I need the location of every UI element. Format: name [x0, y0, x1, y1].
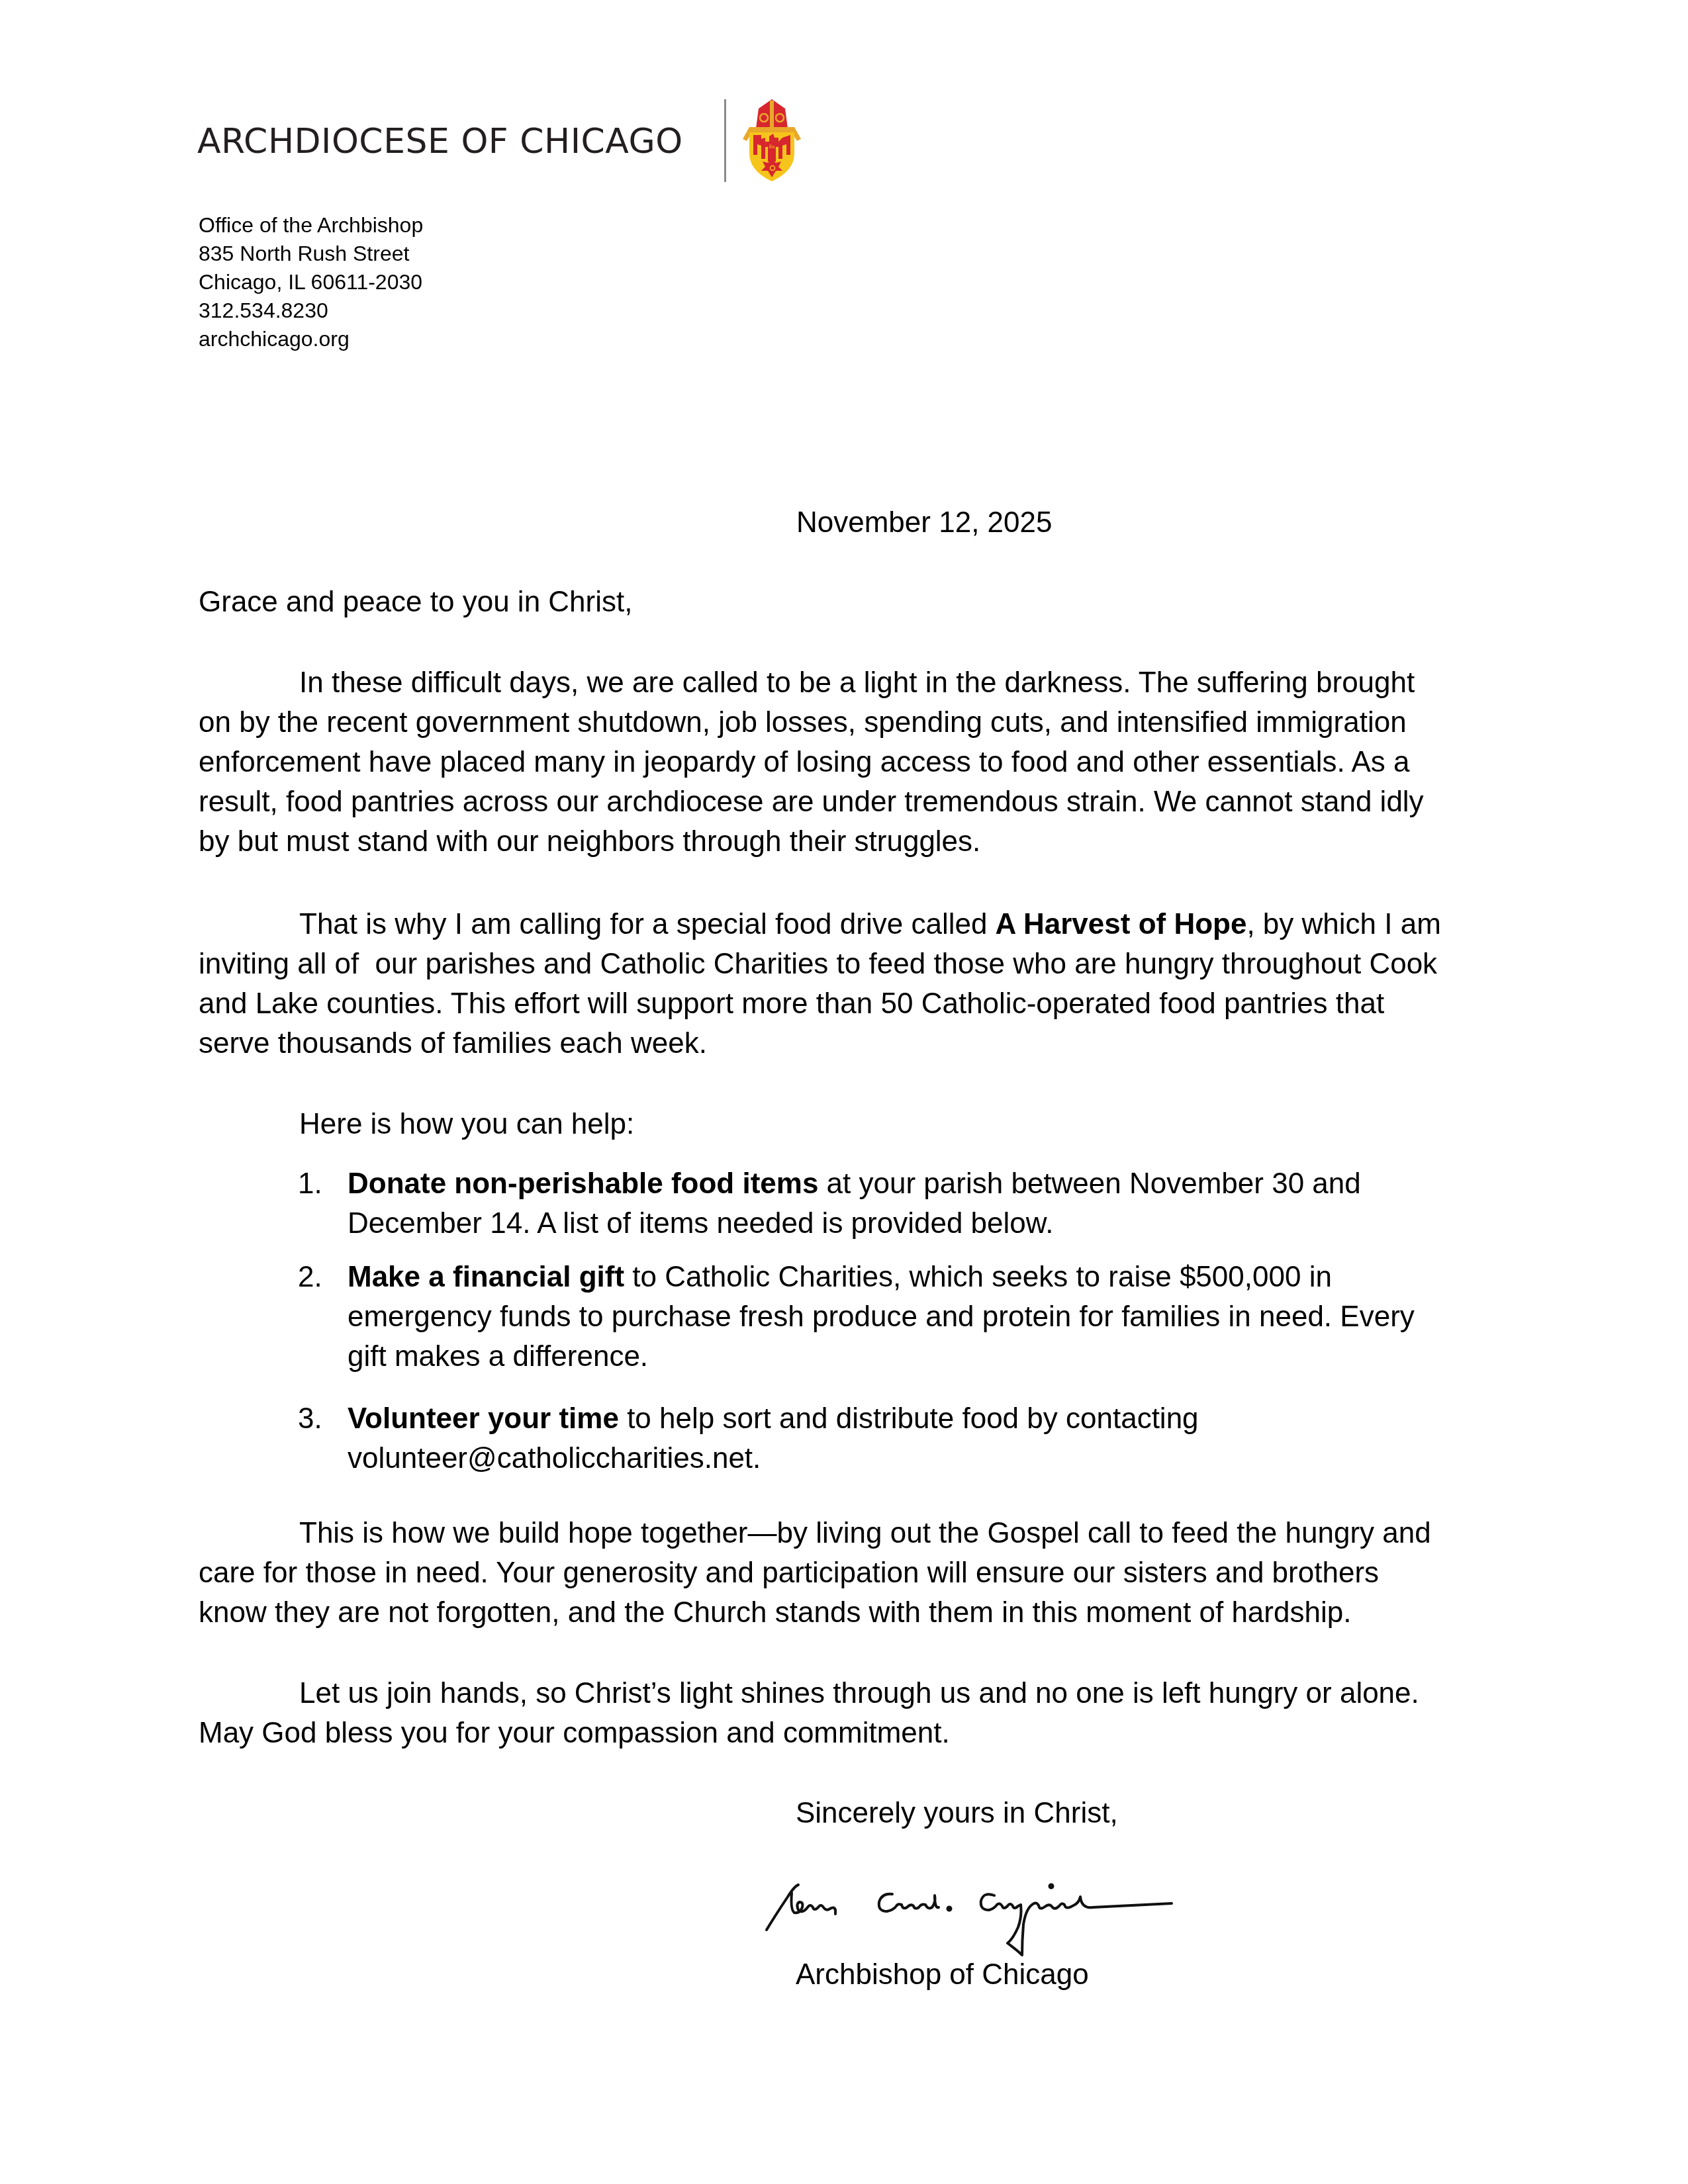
signature-image — [761, 1877, 1192, 1963]
text-run: to Catholic Charities, which seeks to ra… — [624, 1261, 1332, 1293]
emphasis-text: Volunteer your time — [348, 1402, 619, 1435]
emphasis-text: Make a financial gift — [348, 1261, 624, 1293]
complimentary-close: Sincerely yours in Christ, — [796, 1794, 1118, 1833]
letter-date: November 12, 2025 — [796, 503, 1052, 543]
text-run: That is why I am calling for a special f… — [299, 908, 996, 940]
text-line: Donate non-perishable food items at your… — [348, 1164, 1361, 1204]
text-line: care for those in need. Your generosity … — [199, 1553, 1431, 1593]
text-run: result, food pantries across our archdio… — [199, 786, 1424, 818]
text-line: know they are not forgotten, and the Chu… — [199, 1593, 1431, 1633]
text-run: and Lake counties. This effort will supp… — [199, 987, 1384, 1020]
text-run: inviting all of our parishes and Catholi… — [199, 948, 1437, 980]
text-line: by but must stand with our neighbors thr… — [199, 822, 1424, 862]
text-line: Volunteer your time to help sort and dis… — [348, 1399, 1199, 1439]
text-run: know they are not forgotten, and the Chu… — [199, 1596, 1351, 1629]
text-run: at your parish between November 30 and — [818, 1167, 1360, 1200]
text-run: to help sort and distribute food by cont… — [619, 1402, 1199, 1435]
text-line: gift makes a difference. — [348, 1337, 1415, 1377]
letterhead-title: ARCHDIOCESE OF CHICAGO — [197, 115, 683, 168]
list-item-text: Donate non-perishable food items at your… — [348, 1164, 1361, 1244]
website: archchicago.org — [199, 325, 423, 353]
emphasis-text: Donate non-perishable food items — [348, 1167, 818, 1200]
text-run: by but must stand with our neighbors thr… — [199, 825, 980, 858]
text-line: inviting all of our parishes and Catholi… — [199, 944, 1441, 984]
street-address: 835 North Rush Street — [199, 240, 423, 268]
city-state-zip: Chicago, IL 60611-2030 — [199, 268, 423, 296]
text-run: , by which I am — [1246, 908, 1440, 940]
office-name: Office of the Archbishop — [199, 211, 423, 240]
letterhead-divider — [724, 99, 726, 182]
list-number: 3. — [298, 1399, 322, 1439]
salutation: Grace and peace to you in Christ, — [199, 582, 632, 622]
text-run: emergency funds to purchase fresh produc… — [348, 1300, 1415, 1333]
list-number: 1. — [298, 1164, 322, 1204]
signer-title: Archbishop of Chicago — [796, 1955, 1089, 1995]
list-item-text: Volunteer your time to help sort and dis… — [348, 1399, 1199, 1479]
list-item-text: Make a financial gift to Catholic Charit… — [348, 1257, 1415, 1377]
return-address: Office of the Archbishop 835 North Rush … — [199, 211, 423, 353]
paragraph-4: Let us join hands, so Christ’s light shi… — [199, 1674, 1419, 1753]
text-run: on by the recent government shutdown, jo… — [199, 706, 1407, 739]
text-line: In these difficult days, we are called t… — [199, 663, 1424, 703]
archdiocese-crest-icon: ihs — [739, 98, 805, 183]
text-line: on by the recent government shutdown, jo… — [199, 703, 1424, 743]
text-run: This is how we build hope together—by li… — [299, 1517, 1431, 1549]
text-run: Let us join hands, so Christ’s light shi… — [299, 1677, 1419, 1709]
text-line: Let us join hands, so Christ’s light shi… — [199, 1674, 1419, 1713]
svg-text:ihs: ihs — [769, 144, 774, 150]
text-line: serve thousands of families each week. — [199, 1024, 1441, 1064]
paragraph-1: In these difficult days, we are called t… — [199, 663, 1424, 862]
text-line: December 14. A list of items needed is p… — [348, 1204, 1361, 1244]
text-run: December 14. A list of items needed is p… — [348, 1207, 1053, 1240]
text-line: result, food pantries across our archdio… — [199, 782, 1424, 822]
text-run: serve thousands of families each week. — [199, 1027, 707, 1060]
paragraph-3: This is how we build hope together—by li… — [199, 1514, 1431, 1633]
text-run: volunteer@catholiccharities.net. — [348, 1442, 761, 1475]
text-run: enforcement have placed many in jeopardy… — [199, 746, 1410, 778]
text-line: and Lake counties. This effort will supp… — [199, 984, 1441, 1024]
text-line: That is why I am calling for a special f… — [199, 905, 1441, 944]
text-line: enforcement have placed many in jeopardy… — [199, 743, 1424, 782]
text-line: May God bless you for your compassion an… — [199, 1713, 1419, 1753]
letter-page: ARCHDIOCESE OF CHICAGO ihs Office of the… — [0, 0, 1688, 2184]
text-run: care for those in need. Your generosity … — [199, 1557, 1379, 1589]
text-run: gift makes a difference. — [348, 1340, 648, 1373]
phone-number: 312.534.8230 — [199, 296, 423, 325]
paragraph-2: That is why I am calling for a special f… — [199, 905, 1441, 1064]
emphasis-text: A Harvest of Hope — [996, 908, 1247, 940]
text-line: Make a financial gift to Catholic Charit… — [348, 1257, 1415, 1297]
list-number: 2. — [298, 1257, 322, 1297]
text-line: volunteer@catholiccharities.net. — [348, 1439, 1199, 1479]
text-line: emergency funds to purchase fresh produc… — [348, 1297, 1415, 1337]
text-run: May God bless you for your compassion an… — [199, 1717, 950, 1749]
text-line: This is how we build hope together—by li… — [199, 1514, 1431, 1553]
text-run: In these difficult days, we are called t… — [299, 666, 1415, 699]
help-intro: Here is how you can help: — [299, 1105, 634, 1144]
